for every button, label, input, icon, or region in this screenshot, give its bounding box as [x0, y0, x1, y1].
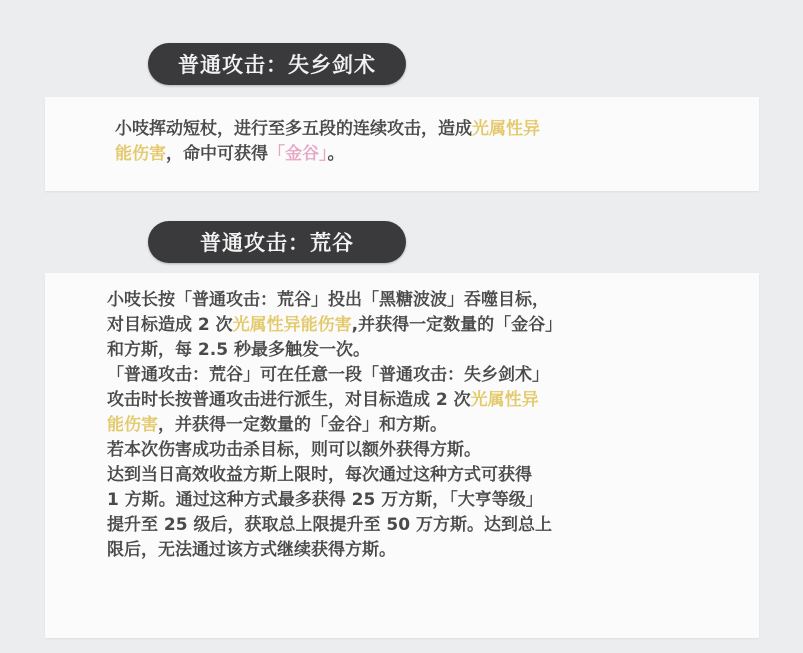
description-segment: 攻击时长按普通攻击进行派生，对目标造成 2 次	[107, 390, 471, 410]
description-segment: 对目标造成 2 次	[107, 315, 233, 335]
skill-description-card: 小吱长按「普通攻击：荒谷」投出「黑糖波波」吞噬目标，对目标造成 2 次光属性异能…	[45, 273, 759, 638]
description-line: 能伤害，命中可获得「金谷」。	[115, 142, 765, 167]
description-segment: 。	[328, 144, 345, 164]
element-damage-highlight: 能伤害	[107, 415, 158, 435]
currency-highlight: 「金谷」	[268, 144, 328, 164]
description-segment: 小吱长按「普通攻击：荒谷」投出「黑糖波波」吞噬目标，	[107, 290, 549, 310]
description-line: 攻击时长按普通攻击进行派生，对目标造成 2 次光属性异	[107, 388, 757, 413]
description-segment: 限后，无法通过该方式继续获得方斯。	[107, 540, 396, 560]
element-damage-highlight: 光属性异	[472, 119, 540, 139]
description-segment: 1 方斯。通过这种方式最多获得 25 万方斯，「大亨等级」	[107, 490, 543, 510]
element-damage-highlight: 能伤害	[115, 144, 166, 164]
description-line: 限后，无法通过该方式继续获得方斯。	[107, 538, 757, 563]
description-line: 和方斯，每 2.5 秒最多触发一次。	[107, 338, 757, 363]
description-line: 提升至 25 级后，获取总上限提升至 50 万方斯。达到总上	[107, 513, 757, 538]
skill-title-shixiang-swordplay: 普通攻击：失乡剑术	[148, 43, 406, 85]
description-segment: 「普通攻击：荒谷」可在任意一段「普通攻击：失乡剑术」	[107, 365, 549, 385]
description-segment: 若本次伤害成功击杀目标，则可以额外获得方斯。	[107, 440, 481, 460]
description-segment: 小吱挥动短杖，进行至多五段的连续攻击，造成	[115, 119, 472, 139]
skill-title-huanggu: 普通攻击：荒谷	[148, 221, 406, 263]
element-damage-highlight: 光属性异	[471, 390, 539, 410]
description-line: 1 方斯。通过这种方式最多获得 25 万方斯，「大亨等级」	[107, 488, 757, 513]
description-segment: ，并获得一定数量的「金谷」和方斯。	[158, 415, 447, 435]
element-damage-highlight: 光属性异能伤害	[233, 315, 352, 335]
skill-title-text: 普通攻击：荒谷	[200, 227, 354, 257]
skill-description-text: 小吱长按「普通攻击：荒谷」投出「黑糖波波」吞噬目标，对目标造成 2 次光属性异能…	[107, 288, 757, 563]
description-segment: 达到当日高效收益方斯上限时，每次通过这种方式可获得	[107, 465, 532, 485]
description-line: 达到当日高效收益方斯上限时，每次通过这种方式可获得	[107, 463, 757, 488]
description-segment: ，命中可获得	[166, 144, 268, 164]
skill-description-card: 小吱挥动短杖，进行至多五段的连续攻击，造成光属性异能伤害，命中可获得「金谷」。	[45, 97, 759, 191]
description-segment: ,并获得一定数量的「金谷」	[352, 315, 562, 335]
description-segment: 提升至 25 级后，获取总上限提升至 50 万方斯。达到总上	[107, 515, 552, 535]
description-line: 小吱挥动短杖，进行至多五段的连续攻击，造成光属性异	[115, 117, 765, 142]
skill-title-text: 普通攻击：失乡剑术	[178, 49, 376, 79]
description-line: 能伤害，并获得一定数量的「金谷」和方斯。	[107, 413, 757, 438]
description-line: 若本次伤害成功击杀目标，则可以额外获得方斯。	[107, 438, 757, 463]
description-line: 对目标造成 2 次光属性异能伤害,并获得一定数量的「金谷」	[107, 313, 757, 338]
description-segment: 和方斯，每 2.5 秒最多触发一次。	[107, 340, 370, 360]
skill-description-text: 小吱挥动短杖，进行至多五段的连续攻击，造成光属性异能伤害，命中可获得「金谷」。	[115, 117, 765, 167]
description-line: 「普通攻击：荒谷」可在任意一段「普通攻击：失乡剑术」	[107, 363, 757, 388]
description-line: 小吱长按「普通攻击：荒谷」投出「黑糖波波」吞噬目标，	[107, 288, 757, 313]
